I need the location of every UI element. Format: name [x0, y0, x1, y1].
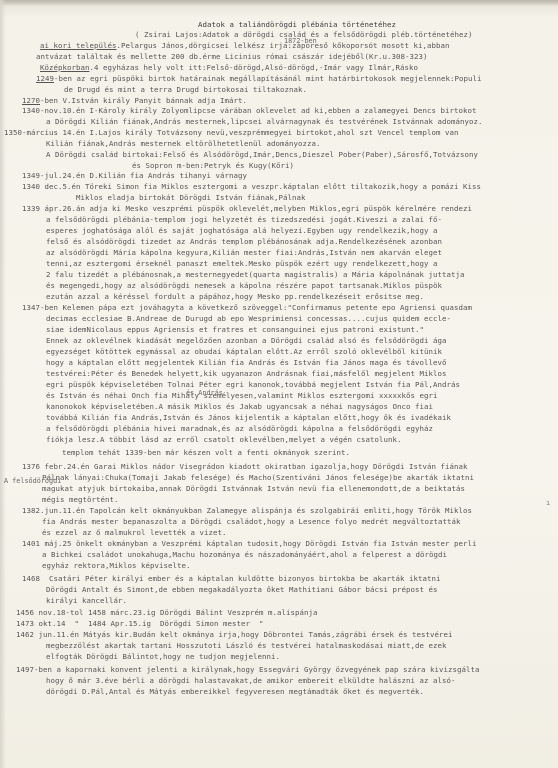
line-text: királyi kancellár.	[46, 596, 127, 605]
document-line: tenni,az esztergomi érseknél panaszt eme…	[46, 259, 437, 268]
line-text: 1376 febr.24.én Garai Miklos nádor Viseg…	[22, 462, 467, 471]
line-text: a Dörögdi Kilián fiának,András mesternek…	[46, 117, 482, 126]
line-text: -ben V.István király Panyit bánnak adja …	[40, 96, 247, 105]
document-line: hogy a káptalan előtt megjelentek Kilián…	[46, 358, 446, 367]
document-line: 1340-nov.10.én I-Károly király Zolyomlip…	[22, 106, 476, 115]
line-text: tenni,az esztergomi érseknél panaszt eme…	[46, 259, 437, 268]
line-text: 1340 dec.5.én Töreki Simon fia Miklos es…	[22, 182, 481, 191]
line-text: 1473 okt.14 " 1484 Apr.15.ig Dörögdi Sim…	[16, 619, 263, 628]
line-text: 1456 nov.18-tol 1458 márc.23.ig Dörögdi …	[16, 608, 317, 617]
line-text: Dörögdi Antalt és Simont,de ebben megaka…	[46, 585, 437, 594]
document-line: és István és néhai Onch fia Mihály szemé…	[46, 391, 437, 400]
document-line: ai kori település.Pelargus János,dörgics…	[40, 41, 449, 50]
line-text: hogy ő már 3.éve bérli a dörögdi halasta…	[46, 676, 455, 685]
line-text: 1401 máj.25 önkelt okmányban a Veszprémi…	[22, 539, 476, 548]
document-line: Pálnak lányai:Chuka(Tomaji Jakab feleség…	[42, 473, 474, 482]
line-text: az alsódörögdi Mária kápolna kegyura,Kil…	[46, 248, 442, 257]
document-line: 1347-ben Kelemen pápa ezt jováhagyta a k…	[22, 303, 472, 312]
document-line: 1270-ben V.István király Panyit bánnak a…	[22, 96, 247, 105]
line-text: de Drugd és mint a terra Drugd birtokosa…	[64, 85, 307, 94]
document-line: decimas ecclesiae B.Andreae de Durugd ab…	[46, 314, 451, 323]
document-line: mégis megtörtént.	[42, 495, 119, 504]
document-line: 1401 máj.25 önkelt okmányban a Veszprémi…	[22, 539, 476, 548]
document-line: kanonokok képviseletében.A másik Miklos …	[46, 402, 433, 411]
document-line: fia András mester bepanaszolta a Dörögdi…	[42, 517, 460, 526]
line-text: .Pelargus János,dörgicsei lelkész irja:z…	[117, 41, 450, 50]
document-line: A Dörögdi család birtokai:Felső és Alsód…	[46, 150, 478, 159]
document-line: egyház rektora,Miklos képviselte.	[42, 561, 191, 570]
line-text: testvérei:Péter és Benedek helyett,kik u…	[46, 369, 446, 378]
document-line: elfogták Dörögdi Bálintot,hogy ne tudjon…	[46, 652, 280, 661]
line-text: 1462 jun.11.én Mátyás kir.Budán kelt okm…	[16, 630, 452, 639]
line-text: siae idemNicolaus eppus Agriensis et fra…	[46, 325, 424, 334]
document-line: Dörögdi Antalt és Simont,de ebben megaka…	[46, 585, 437, 594]
line-text: mégis megtörtént.	[42, 495, 119, 504]
document-line: 1456 nov.18-tol 1458 márc.23.ig Dörögdi …	[16, 608, 317, 617]
line-text: és István és néhai Onch fia Mihály szemé…	[46, 391, 437, 400]
line-text: esperes joghatósága alól és saját joghat…	[46, 226, 437, 235]
line-text: 1468 Csatári Péter királyi ember és a ká…	[22, 574, 440, 583]
page-fold-shadow	[0, 0, 558, 6]
document-title: Adatok a taliándörögdi plébánia történet…	[198, 20, 396, 29]
line-text: egyezséget kötöttek egymással az obudai …	[46, 347, 442, 356]
document-line: 1339 ápr.26.án adja ki Mesko veszprémi p…	[22, 204, 472, 213]
line-text: 1349-jul.24.én D.Kilián fia András tihan…	[22, 171, 247, 180]
document-line: Középkorban.4 egyházas hely volt itt:Fel…	[40, 63, 418, 72]
document-line: királyi kancellár.	[46, 596, 127, 605]
document-line: 1473 okt.14 " 1484 Apr.15.ig Dörögdi Sim…	[16, 619, 263, 628]
document-line: testvérei:Péter és Benedek helyett,kik u…	[46, 369, 446, 378]
document-line: Ennek az oklevélnek kiadását megelőzően …	[46, 336, 446, 345]
document-line: 1497-ben a kapornaki konvent jelenti a k…	[16, 665, 479, 674]
document-line: Miklos eladja birtokát Dörögdi István fi…	[76, 193, 305, 202]
document-line: és megengedi,hogy az alsódörögdi nemesek…	[46, 281, 442, 290]
document-line: 1468 Csatári Péter királyi ember és a ká…	[22, 574, 440, 583]
document-line: egyezséget kötöttek egymással az obudai …	[46, 347, 442, 356]
document-line: a felsődörögdi plébánia-templom jogi hel…	[46, 215, 442, 224]
line-text: és Sopron m-ben:Petryk és Kugy(Kőri)	[132, 161, 294, 170]
line-text: decimas ecclesiae B.Andreae de Durugd ab…	[46, 314, 451, 323]
document-line: magukat atyjuk birtokaiba,annak Dörögdi …	[42, 484, 465, 493]
document-line: 1249-ben az egri püspöki birtok határain…	[36, 74, 481, 83]
line-text: 1347-ben Kelemen pápa ezt jováhagyta a k…	[22, 303, 472, 312]
line-text: 1339 ápr.26.án adja ki Mesko veszprémi p…	[22, 204, 472, 213]
line-text: a felsődörögdi plébánia-templom jogi hel…	[46, 215, 442, 224]
document-line: a felsődörögdi plébánia hivei maradnak,é…	[46, 424, 433, 433]
document-line: felső és alsódörögdi tizedet az András t…	[46, 237, 442, 246]
margin-mark: ı	[546, 499, 550, 507]
line-text: a felsődörögdi plébánia hivei maradnak,é…	[46, 424, 433, 433]
document-line: 1382.jun.11.én Tapolcán kelt okmányukban…	[22, 506, 472, 515]
document-line: 1376 febr.24.én Garai Miklos nádor Viseg…	[22, 462, 467, 471]
line-text: Kilián fiának,András mesternek eltörölhe…	[46, 139, 320, 148]
document-line: fiókja lesz.A többit lásd az erről csato…	[46, 435, 401, 444]
line-text: dörögdi D.Pál,Antal és Mátyás embereikke…	[46, 687, 424, 696]
document-line: a Dörögdi Kilián fiának,András mesternek…	[46, 117, 482, 126]
document-line: Kilián fiának,András mesternek eltörölhe…	[46, 139, 320, 148]
line-text: templom tehát 1339-ben már készen volt a…	[62, 448, 350, 457]
document-line: a Bichkei családot unokahuga,Machu hozom…	[42, 550, 447, 559]
underlined-heading: Középkorban	[40, 63, 90, 72]
document-line: esperes joghatósága alól és saját joghat…	[46, 226, 437, 235]
line-text: a Bichkei családot unokahuga,Machu hozom…	[42, 550, 447, 559]
document-line: de Drugd és mint a terra Drugd birtokosa…	[64, 85, 307, 94]
line-text: és megengedi,hogy az alsódörögdi nemesek…	[46, 281, 442, 290]
line-text: megbezzölést akartak tartani Hosszutoti …	[46, 641, 446, 650]
line-text: 1497-ben a kapornaki konvent jelenti a k…	[16, 665, 479, 674]
line-text: Miklos eladja birtokát Dörögdi István fi…	[76, 193, 305, 202]
line-text: és ezzel az ő malmukrol levették a vizet…	[42, 528, 226, 537]
document-line: templom tehát 1339-ben már készen volt a…	[62, 448, 350, 457]
document-line: 2 falu tizedét a plébánosnak,a mesterneg…	[46, 270, 464, 279]
document-line: siae idemNicolaus eppus Agriensis et fra…	[46, 325, 424, 334]
document-line: és ezzel az ő malmukrol levették a vizet…	[42, 528, 226, 537]
line-text: felső és alsódörögdi tizedet az András t…	[46, 237, 442, 246]
line-text: továbbá Kilián fia András,István és Jáno…	[46, 413, 451, 422]
document-line: antvázat találtak és mellette 200 db.érm…	[36, 52, 427, 61]
line-text: A Dörögdi család birtokai:Felső és Alsód…	[46, 150, 478, 159]
document-line: hogy ő már 3.éve bérli a dörögdi halasta…	[46, 676, 455, 685]
line-text: fia András mester bepanaszolta a Dörögdi…	[42, 517, 460, 526]
line-text: 1350-március 14.én I.Lajos király Totváz…	[4, 128, 458, 137]
line-text: Pálnak lányai:Chuka(Tomaji Jakab feleség…	[42, 473, 474, 482]
line-text: 1382.jun.11.én Tapolcán kelt okmányukban…	[22, 506, 472, 515]
line-text: 1340-nov.10.én I-Károly király Zolyomlip…	[22, 106, 476, 115]
document-line: megbezzölést akartak tartani Hosszutoti …	[46, 641, 446, 650]
line-text: magukat atyjuk birtokaiba,annak Dörögdi …	[42, 484, 465, 493]
line-text: 2 falu tizedét a plébánosnak,a mesterneg…	[46, 270, 464, 279]
line-text: egri püspök képviseletében Tolnai Péter …	[46, 380, 460, 389]
underlined-heading: 1249	[36, 74, 54, 83]
document-line: az alsódörögdi Mária kápolna kegyura,Kil…	[46, 248, 442, 257]
document-line: 1462 jun.11.én Mátyás kir.Budán kelt okm…	[16, 630, 452, 639]
document-line: egri püspök képviseletében Tolnai Péter …	[46, 380, 460, 389]
line-text: hogy a káptalan előtt megjelentek Kilián…	[46, 358, 446, 367]
document-line: és Sopron m-ben:Petryk és Kugy(Kőri)	[132, 161, 294, 170]
line-text: egyház rektora,Miklos képviselte.	[42, 561, 191, 570]
line-text: Ennek az oklevélnek kiadását megelőzően …	[46, 336, 446, 345]
underlined-heading: ai kori település	[40, 41, 117, 50]
underlined-heading: 1270	[22, 96, 40, 105]
document-line: dörögdi D.Pál,Antal és Mátyás embereikke…	[46, 687, 424, 696]
line-text: elfogták Dörögdi Bálintot,hogy ne tudjon…	[46, 652, 280, 661]
document-line: 1349-jul.24.én D.Kilián fia András tihan…	[22, 171, 247, 180]
line-text: .4 egyházas hely volt itt:Felső-dörögd,A…	[90, 63, 418, 72]
line-text: -ben az egri püspöki birtok határainak m…	[54, 74, 481, 83]
page-edge-shadow	[0, 0, 6, 768]
typewritten-document-page: Adatok a taliándörögdi plébánia történet…	[0, 0, 558, 768]
document-line: továbbá Kilián fia András,István és Jáno…	[46, 413, 451, 422]
line-text: fiókja lesz.A többit lásd az erről csato…	[46, 435, 401, 444]
line-text: ezután azzal a kéréssel fordult a pápáho…	[46, 292, 424, 301]
inline-note-andras: és András	[186, 389, 223, 397]
document-line: 1340 dec.5.én Töreki Simon fia Miklos es…	[22, 182, 481, 191]
margin-note: A felsődörögdi	[4, 477, 61, 485]
document-line: ezután azzal a kéréssel fordult a pápáho…	[46, 292, 424, 301]
line-text: kanonokok képviseletében.A másik Miklos …	[46, 402, 433, 411]
document-line: 1350-március 14.én I.Lajos király Totváz…	[4, 128, 458, 137]
line-text: antvázat találtak és mellette 200 db.érm…	[36, 52, 427, 61]
